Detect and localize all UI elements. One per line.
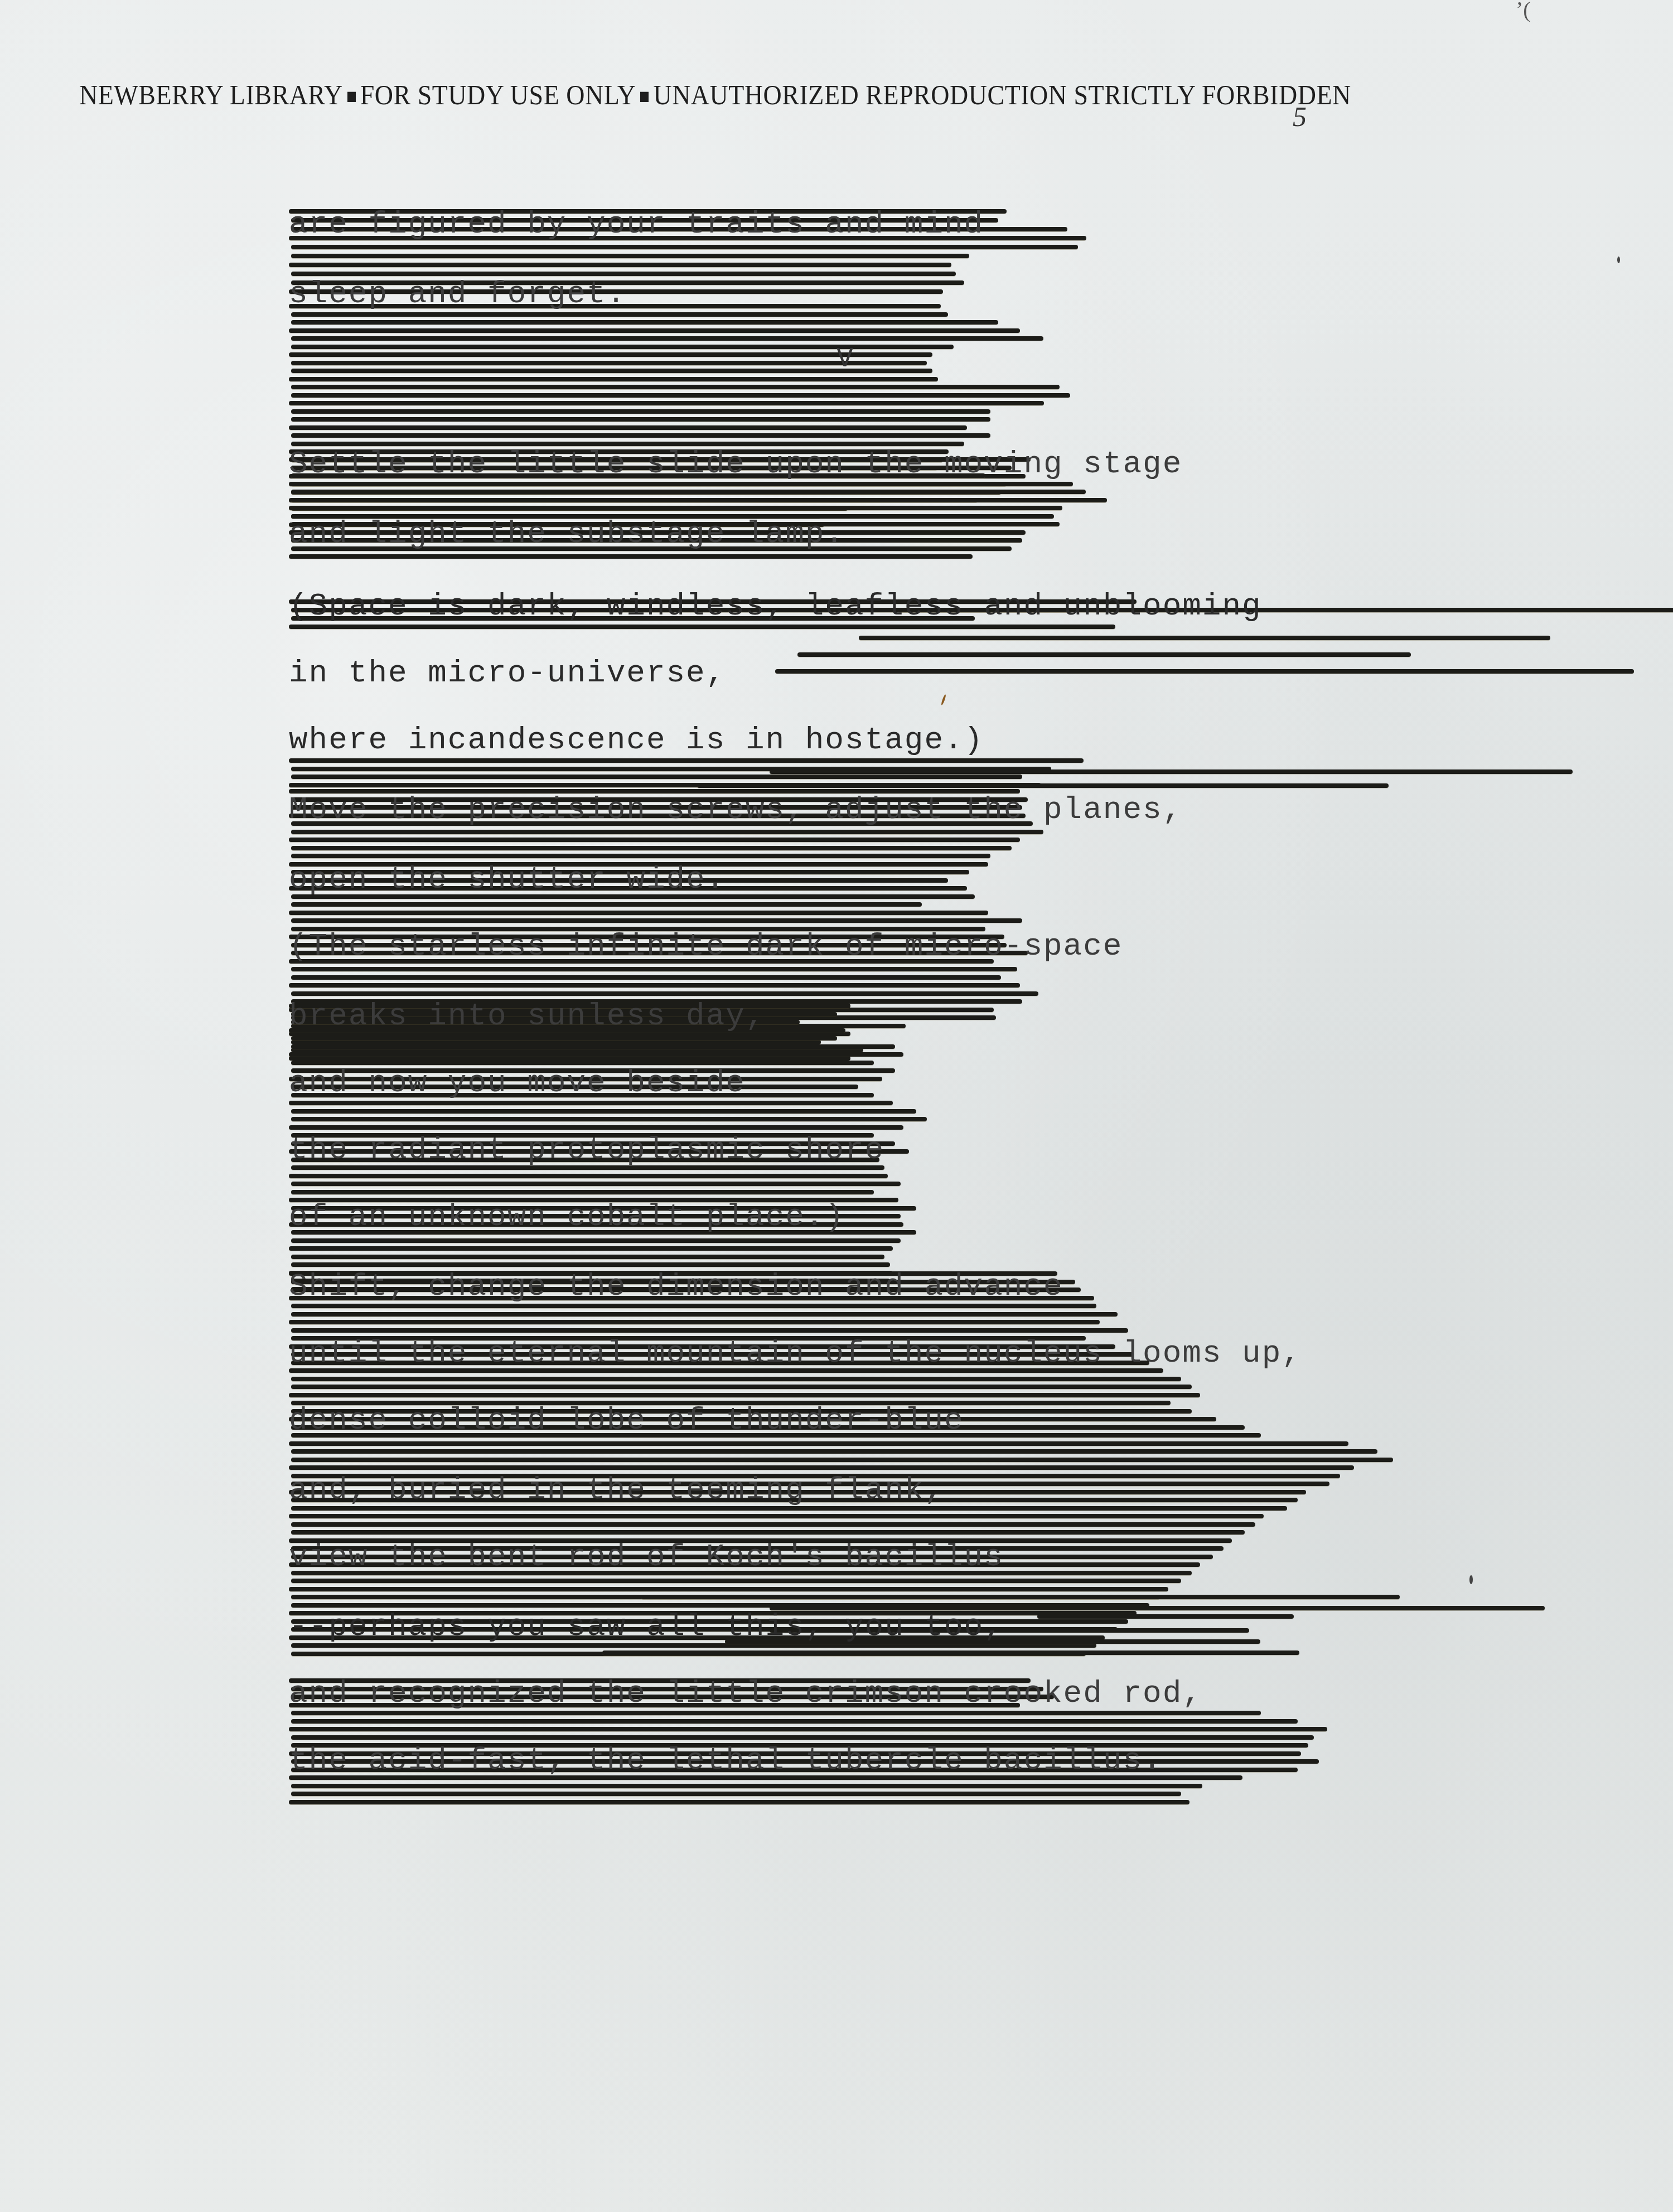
poem-line: are figured by your traits and mind [289, 206, 984, 242]
strikethrough-bar [291, 1182, 901, 1186]
poem-line: and, buried in the teeming flank, [289, 1472, 944, 1508]
typescript-page: NEWBERRY LIBRARYFOR STUDY USE ONLYUNAUTH… [0, 0, 1673, 2212]
pencil-page-number: 5 [1293, 100, 1307, 133]
strikethrough-bar [1037, 1614, 1294, 1619]
strikethrough-bar [291, 1385, 1192, 1389]
poem-line: until the eternal mountain of the nucleu… [289, 1335, 1302, 1371]
poem-line: (Space is dark, windless, leafless and u… [289, 588, 1262, 624]
poem-line: in the micro-universe, [289, 655, 726, 691]
strikethrough-bar [289, 482, 1073, 486]
strikethrough-bar [289, 1727, 1327, 1731]
strikethrough-bar [291, 1109, 916, 1114]
strikethrough-bar [291, 272, 956, 276]
strikethrough-bar [291, 902, 922, 907]
strikethrough-bar [291, 918, 1022, 923]
strikethrough-bar [291, 442, 964, 446]
strikethrough-bar [291, 498, 1107, 502]
poem-line: and recognized the little crimson crooke… [289, 1676, 1202, 1711]
strikethrough-bar [291, 1061, 874, 1065]
strikethrough-bar [291, 1238, 901, 1243]
poem-line: dense colloid lobe of thunder-blue [289, 1402, 964, 1438]
strikethrough-bar [291, 361, 927, 365]
paper-speck [1617, 256, 1620, 263]
poem-line: and light the substage lamp. [289, 516, 845, 551]
library-header-stamp: NEWBERRY LIBRARYFOR STUDY USE ONLYUNAUTH… [79, 79, 1351, 111]
poem-line: open the shutter wide. [289, 861, 726, 897]
strikethrough-bar [291, 312, 948, 317]
strikethrough-bar [602, 1650, 1299, 1655]
strikethrough-bar [289, 1800, 1190, 1804]
strikethrough-bar [291, 409, 990, 414]
strikethrough-bar [289, 401, 1044, 405]
strikethrough-bar [289, 1246, 893, 1251]
strikethrough-bar [291, 1377, 1181, 1381]
strikethrough-bar [289, 425, 967, 430]
poem-line: --perhaps you saw all this, you too, [289, 1609, 1004, 1644]
strikethrough-bar [289, 1056, 850, 1061]
poem-line: where incandescence is in hostage.) [289, 722, 984, 758]
strikethrough-bar [289, 1174, 888, 1178]
strikethrough-bar [291, 245, 1078, 249]
strikethrough-bar [291, 1449, 1377, 1454]
strikethrough-bar [291, 490, 1086, 494]
strikethrough-bar [291, 975, 1001, 980]
strikethrough-bar [289, 758, 1084, 763]
strikethrough-bar [291, 1040, 821, 1044]
poem-line: Shift, change the dimension and advance [289, 1269, 1063, 1304]
strikethrough-bar [775, 669, 1634, 674]
poem-line: of an unknown cobalt place.) [289, 1199, 845, 1235]
stamp-library-name: NEWBERRY LIBRARY [79, 80, 343, 110]
strikethrough-bar [291, 433, 990, 438]
section-numeral: V [836, 343, 853, 375]
strikethrough-bar [697, 783, 1389, 788]
strikethrough-bar [291, 1117, 927, 1121]
strikethrough-bar [291, 991, 1038, 996]
strikethrough-bar [291, 385, 1060, 389]
strikethrough-bar [291, 393, 1070, 398]
poem-line: view the bent rod of Koch's bacillus [289, 1539, 1004, 1575]
stamp-reproduction-warning: UNAUTHORIZED REPRODUCTION STRICTLY FORBI… [653, 80, 1351, 110]
strikethrough-bar [289, 1465, 1354, 1470]
strikethrough-bar [859, 636, 1550, 640]
strikethrough-bar [289, 1441, 1348, 1446]
strikethrough-bar [289, 1514, 1264, 1518]
strikethrough-bar [289, 506, 1062, 510]
strikethrough-bar [289, 263, 951, 267]
strikethrough-bar [289, 554, 973, 559]
strikethrough-bar [291, 1036, 837, 1040]
paper-speck [1469, 1575, 1473, 1584]
poem-line: and now you move beside [289, 1065, 746, 1101]
poem-line: (The starless infinite dark of micro-spa… [289, 928, 1123, 964]
poem-line: breaks into sunless day, [289, 998, 766, 1034]
square-bullet-icon [640, 92, 649, 102]
strikethrough-bar [291, 967, 1017, 971]
strikethrough-bar [291, 1784, 1202, 1788]
poem-line: Settle the little slide upon the moving … [289, 446, 1182, 482]
strikethrough-bar [289, 1587, 1168, 1591]
strikethrough-bar [291, 1530, 1245, 1535]
strikethrough-bar [289, 377, 938, 381]
strikethrough-bar [289, 1393, 1200, 1397]
strikethrough-bar [291, 320, 998, 325]
corner-handwritten-mark: ʼ( [1516, 0, 1531, 23]
strikethrough-bar [291, 1579, 1181, 1583]
strikethrough-bar [291, 1719, 1298, 1724]
strikethrough-bar [289, 1052, 903, 1057]
strikethrough-bar [289, 983, 1020, 988]
square-bullet-icon [347, 92, 356, 102]
strikethrough-bar [289, 625, 1115, 629]
strikethrough-bar [291, 1458, 1393, 1462]
strikethrough-bar [291, 846, 1012, 850]
poem-line: the radiant protoplasmic shore [289, 1132, 884, 1168]
poem-line: Move the precision screws, adjust the pl… [289, 792, 1182, 827]
strikethrough-bar [291, 1312, 1118, 1316]
strikethrough-bar [291, 830, 1043, 834]
strikethrough-bar [289, 1101, 893, 1105]
strikethrough-bar [289, 1125, 903, 1130]
strikethrough-bar [291, 854, 990, 858]
stamp-study-use: FOR STUDY USE ONLY [360, 80, 636, 110]
strikethrough-bar [291, 1190, 874, 1194]
strikethrough-bar [291, 1304, 1096, 1308]
strikethrough-bar [291, 336, 1043, 341]
strikethrough-bar [291, 1711, 1261, 1715]
strikethrough-bar [291, 1262, 890, 1267]
strikethrough-bar [289, 328, 1020, 333]
poem-line: the acid-fast, the lethal tubercle bacil… [289, 1743, 1163, 1778]
strikethrough-bar [291, 345, 954, 349]
strikethrough-bar [291, 1255, 884, 1259]
strikethrough-bar [291, 775, 1022, 779]
paper-speck [941, 694, 947, 705]
strikethrough-bar [291, 1792, 1181, 1796]
strikethrough-bar [289, 1320, 1100, 1324]
strikethrough-bar [289, 911, 988, 915]
strikethrough-bar [291, 1328, 1128, 1333]
strikethrough-bar [797, 652, 1411, 657]
strikethrough-bar [291, 417, 990, 422]
poem-line: sleep and forget. [289, 276, 626, 312]
strikethrough-bar [291, 1044, 895, 1049]
strikethrough-bar [291, 1735, 1314, 1740]
strikethrough-bar [641, 1595, 1400, 1599]
strikethrough-bar [291, 254, 969, 258]
strikethrough-bar [289, 838, 1020, 842]
strikethrough-bar [291, 1522, 1255, 1527]
strikethrough-bar [770, 769, 1573, 774]
